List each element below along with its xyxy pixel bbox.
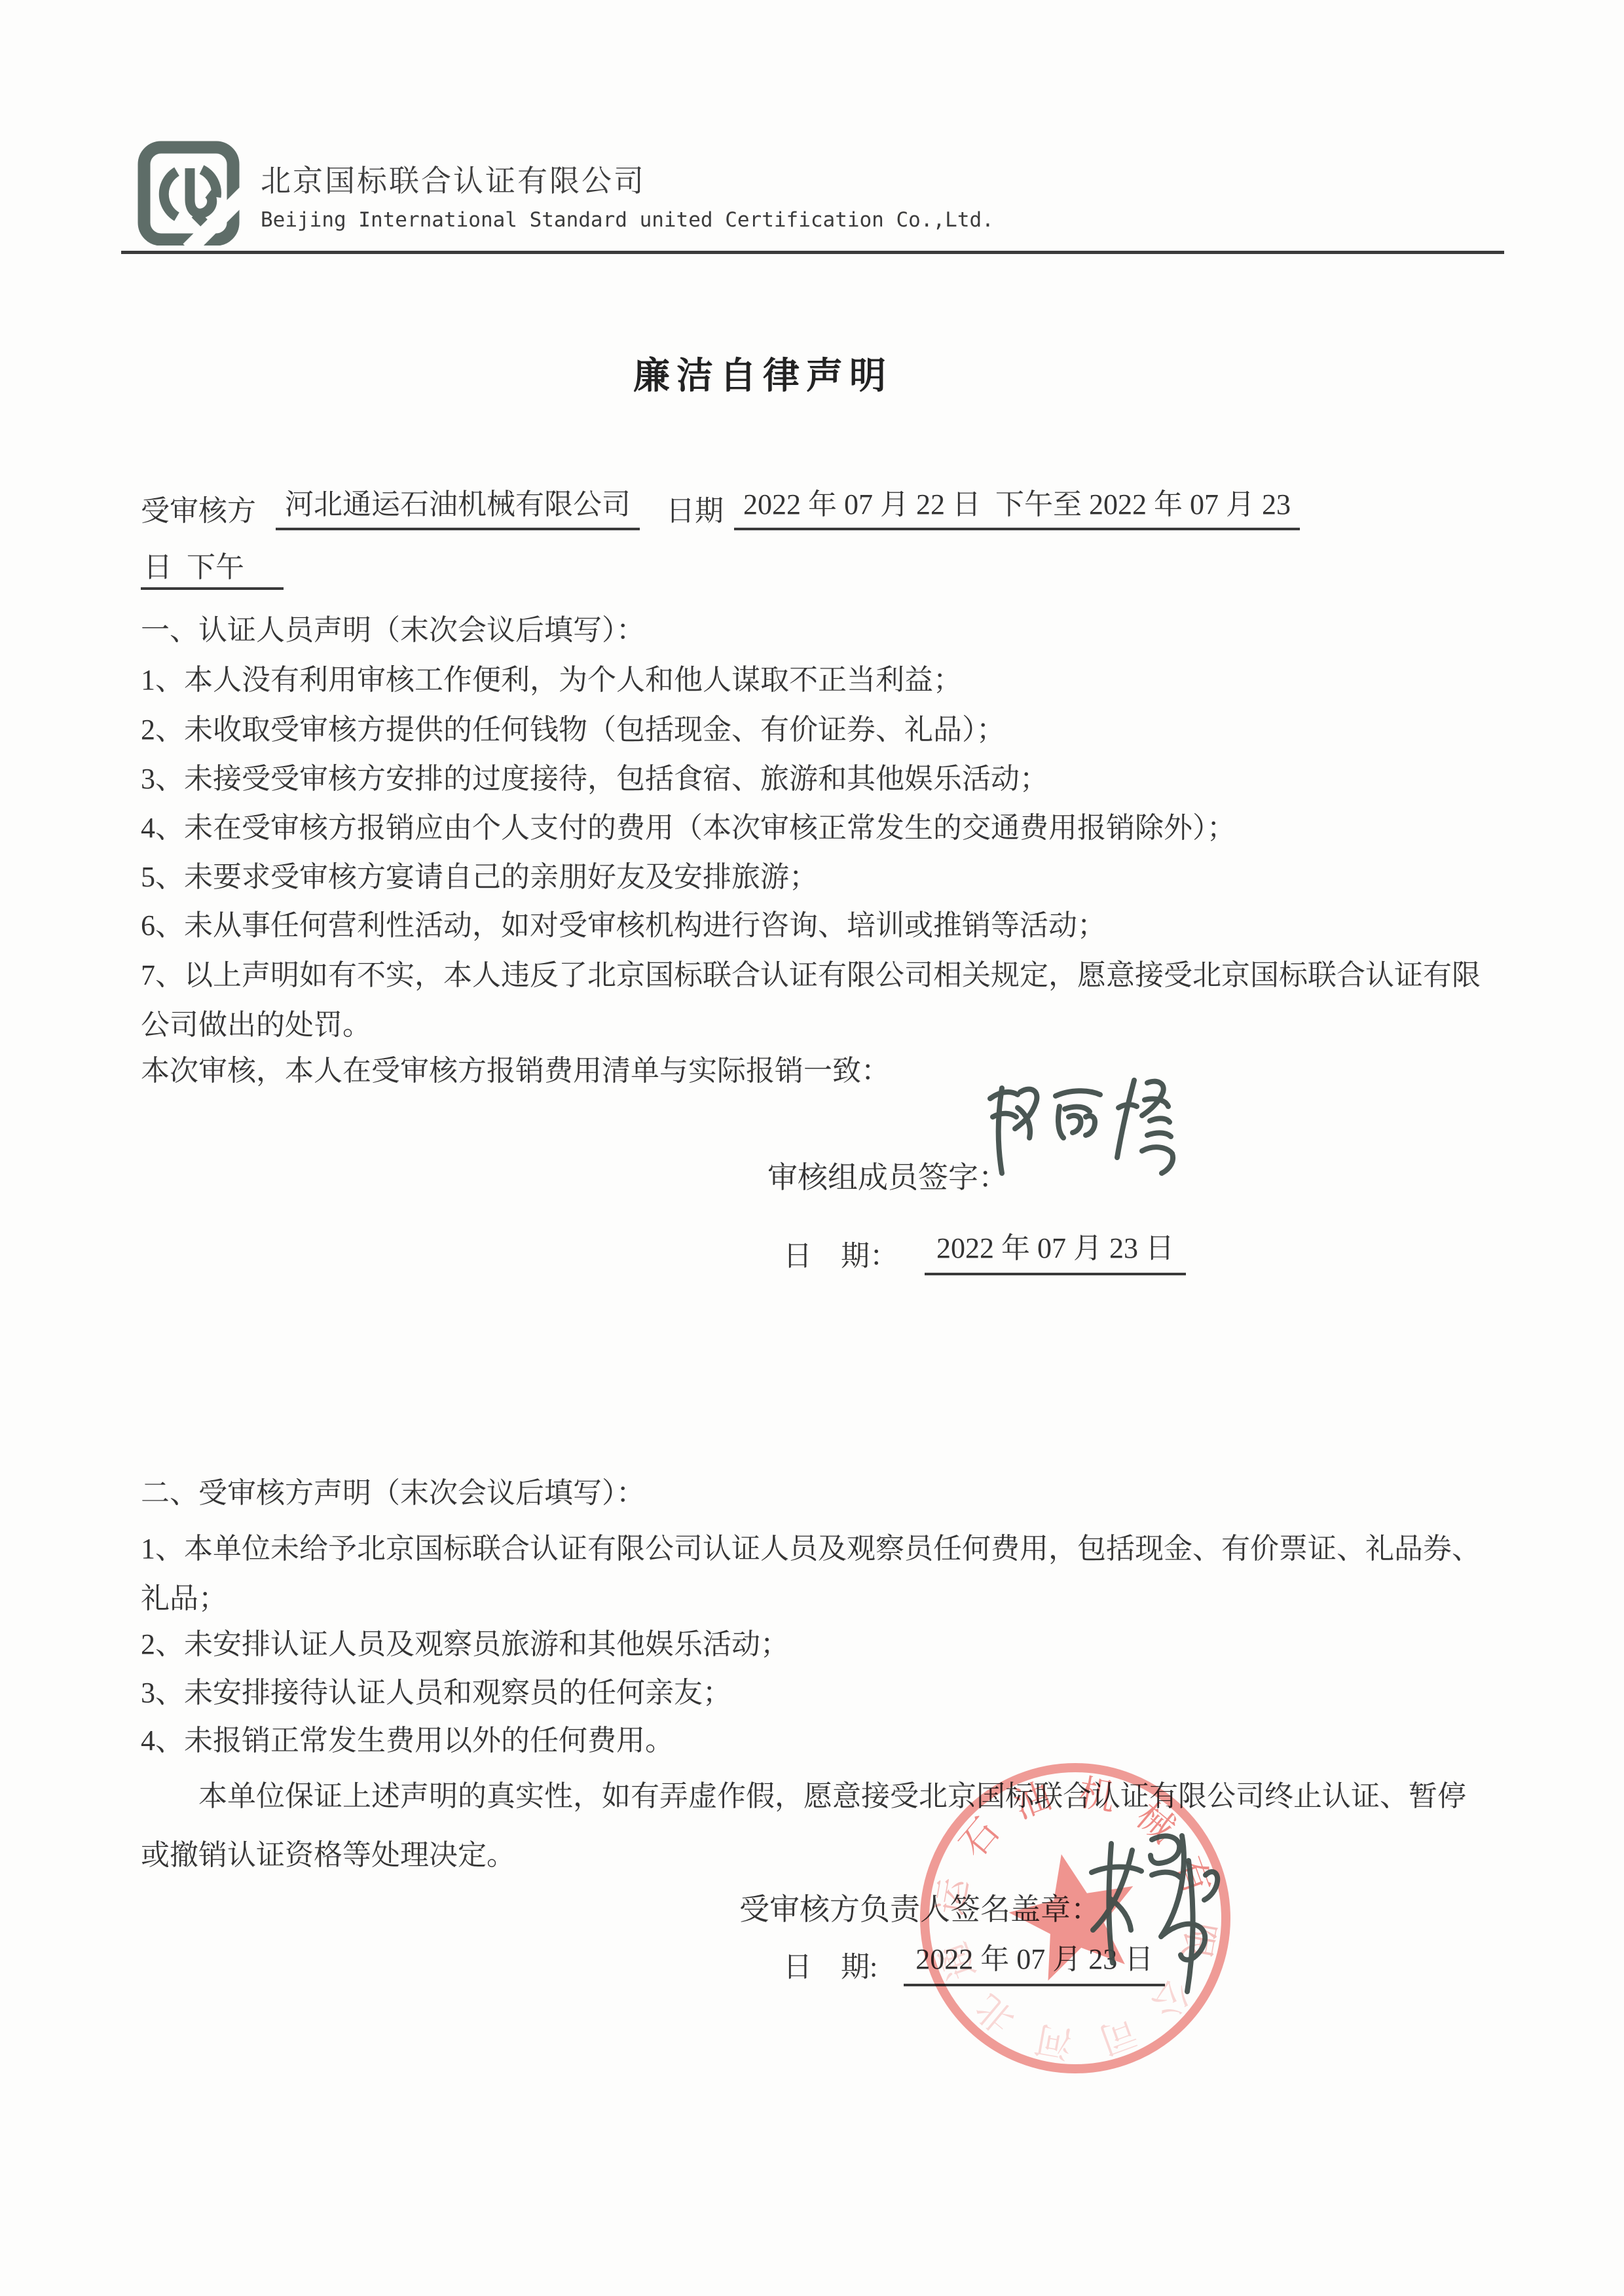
document-page: 北京国标联合认证有限公司 Beijing International Stand…: [0, 0, 1624, 2296]
declaration-item: 2、未安排认证人员及观察员旅游和其他娱乐活动；: [141, 1626, 789, 1664]
declaration-item: 7、以上声明如有不实，本人违反了北京国标联合认证有限公司相关规定，愿意接受北京国…: [141, 951, 1482, 1050]
section-2-closing: 本单位保证上述声明的真实性，如有弄虚作假，愿意接受北京国标联合认证有限公司终止认…: [141, 1767, 1482, 1885]
auditee-label: 受审核方: [141, 492, 256, 530]
section-1-date-label: 日 期：: [783, 1237, 898, 1275]
declaration-item: 6、未从事任何营利性活动，如对受审核机构进行咨询、培训或推销等活动；: [141, 907, 1106, 945]
audit-date-continuation-line: 日 下午: [141, 549, 284, 587]
declaration-item: 4、未报销正常发生费用以外的任何费用。: [141, 1722, 674, 1760]
auditee-signature: [1084, 1820, 1234, 2016]
page-title: 廉洁自律声明: [0, 347, 1575, 399]
section-1-date-value: 2022 年 07 月 23 日: [925, 1230, 1186, 1275]
declaration-item: 3、未接受受审核方安排的过度接待，包括食宿、旅游和其他娱乐活动；: [141, 760, 1048, 798]
audit-date-value: 2022 年 07 月 22 日 下午至 2022 年 07 月 23: [734, 486, 1300, 530]
auditor-signature: [982, 1074, 1185, 1185]
section-1-heading: 一、认证人员声明（末次会议后填写）：: [141, 611, 645, 649]
document-header: [136, 141, 241, 249]
declaration-item: 5、未要求受审核方宴请自己的亲朋好友及安排旅游；: [141, 858, 818, 896]
auditee-value: 河北通运石油机械有限公司: [276, 486, 640, 530]
declaration-item: 3、未安排接待认证人员和观察员的任何亲友；: [141, 1674, 731, 1712]
auditor-sign-label: 审核组成员签字：: [767, 1154, 1008, 1197]
svg-text:运: 运: [929, 1874, 976, 1918]
audit-date-label: 日期: [666, 492, 724, 530]
declaration-item: 1、本人没有利用审核工作便利，为个人和他人谋取不正当利益；: [141, 661, 962, 699]
section-2-date-label: 日 期:: [783, 1948, 877, 1986]
declaration-item: 1、本单位未给予北京国标联合认证有限公司认证人员及观察员任何费用，包括现金、有价…: [141, 1524, 1482, 1624]
auditee-form-line: 受审核方 河北通运石油机械有限公司 日期 2022 年 07 月 22 日 下午…: [141, 486, 1300, 530]
declaration-item: 2、未收取受审核方提供的任何钱物（包括现金、有价证券、礼品）；: [141, 711, 1005, 749]
company-name-en: Beijing International Standard united Ce…: [261, 208, 994, 232]
section-1-closing: 本次审核，本人在受审核方报销费用清单与实际报销一致：: [141, 1052, 890, 1090]
header-divider: [121, 251, 1504, 254]
company-name-cn: 北京国标联合认证有限公司: [261, 157, 646, 200]
section-1-date-row: 日 期： 2022 年 07 月 23 日: [783, 1230, 1186, 1275]
audit-date-continuation: 日 下午: [141, 551, 284, 590]
svg-text:河: 河: [1032, 2018, 1075, 2064]
section-2-heading: 二、受审核方声明（末次会议后填写）：: [141, 1474, 645, 1512]
svg-text:机: 机: [1075, 1772, 1118, 1819]
declaration-item: 4、未在受审核方报销应由个人支付的费用（本次审核正常发生的交通费用报销除外）；: [141, 809, 1236, 847]
certification-logo-icon: [136, 141, 241, 246]
